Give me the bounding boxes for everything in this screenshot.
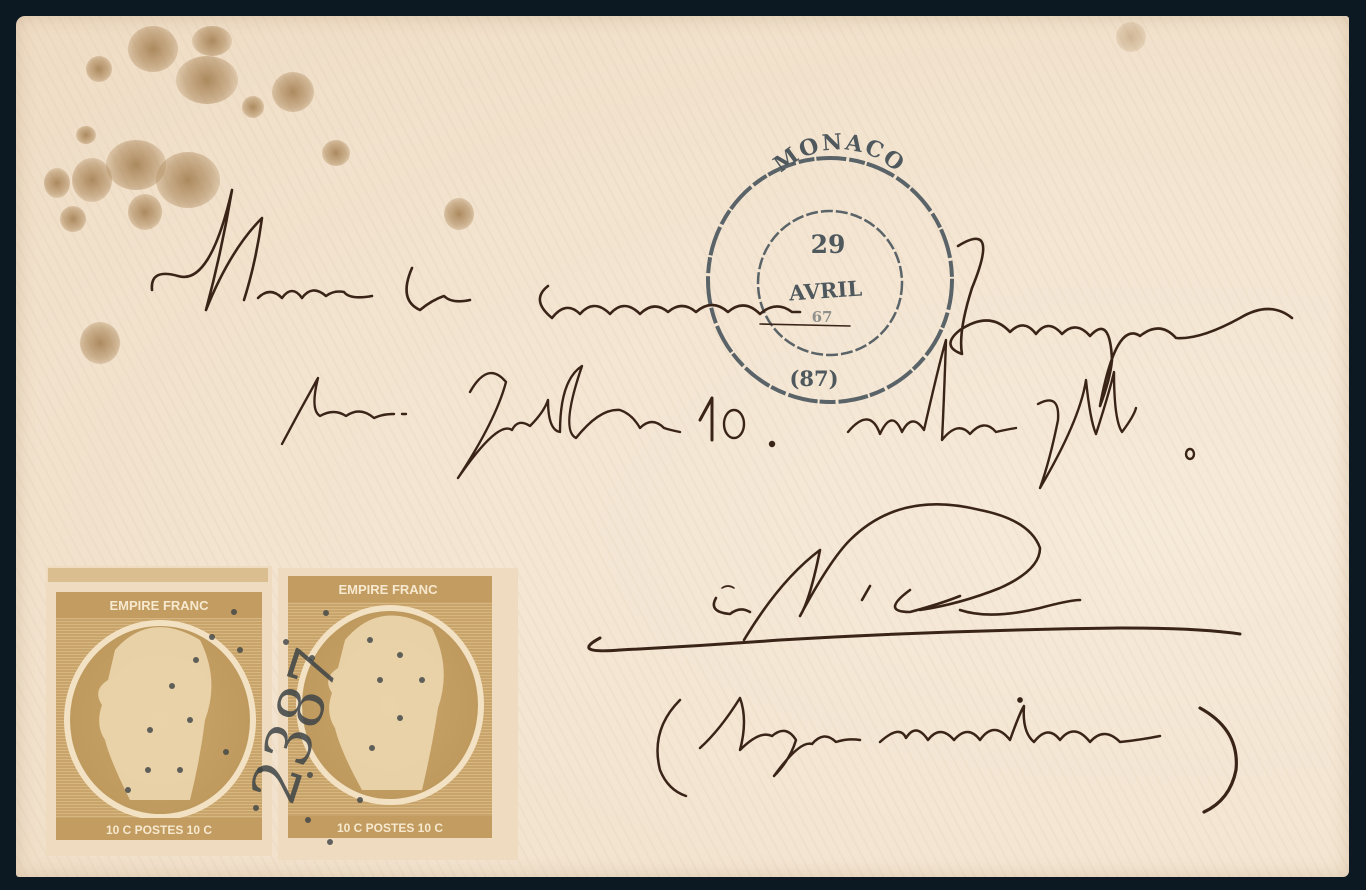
postmark-day: 29	[811, 230, 846, 259]
cover-artwork: MONACO 29 AVRIL 67 (87) EMPIRE FRANC 10 …	[0, 0, 1366, 890]
stamp-right-top-label: EMPIRE FRANC	[339, 582, 439, 597]
address-line-3	[714, 504, 1080, 640]
postmark-year: 67	[812, 308, 833, 326]
postmark-monaco: MONACO 29 AVRIL 67 (87)	[708, 129, 952, 402]
stamp-left: EMPIRE FRANC 10 C POSTES 10 C	[46, 566, 272, 856]
postmark-month: AVRIL	[787, 275, 863, 305]
address-line-4	[658, 698, 1237, 812]
postmark-town: MONACO	[769, 129, 911, 178]
postmark-department: (87)	[789, 366, 838, 391]
stamp-left-top-label: EMPIRE FRANC	[110, 598, 210, 613]
stamp-left-bottom-label: 10 C POSTES 10 C	[106, 823, 212, 837]
address-underline	[589, 628, 1240, 651]
stamp-right-bottom-label: 10 C POSTES 10 C	[337, 821, 443, 835]
